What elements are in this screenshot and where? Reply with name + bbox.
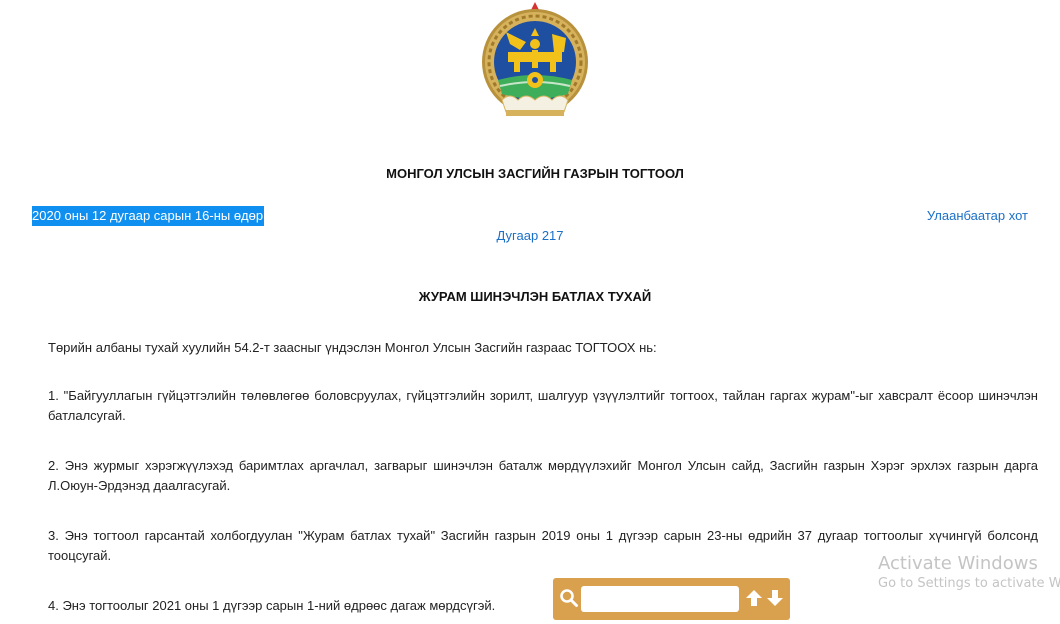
watermark-title: Activate Windows [878,553,1060,575]
activate-windows-watermark: Activate Windows Go to Settings to activ… [878,553,1060,593]
state-emblem [480,0,590,122]
emblem-icon [480,0,590,122]
intro-paragraph: Төрийн албаны тухай хуулийн 54.2-т заасн… [48,338,1038,358]
document-city: Улаанбаатар хот [927,208,1028,223]
document-title: МОНГОЛ УЛСЫН ЗАСГИЙН ГАЗРЫН ТОГТООЛ [0,166,1060,181]
arrow-up-icon[interactable] [745,588,763,608]
paragraph-4: 4. Энэ тогтоолыг 2021 оны 1 дүгээр сарын… [48,596,1038,616]
arrow-down-icon[interactable] [766,588,784,608]
paragraph-1: 1. "Байгууллагын гүйцэтгэлийн төлөвлөгөө… [48,386,1038,426]
search-icon[interactable] [559,588,579,608]
document-subtitle: ЖУРАМ ШИНЭЧЛЭН БАТЛАХ ТУХАЙ [0,289,1060,304]
find-in-page-bar [553,578,790,620]
find-input[interactable] [581,586,739,612]
watermark-subtitle: Go to Settings to activate Windows. [878,575,1060,593]
paragraph-2: 2. Энэ журмыг хэрэгжүүлэхэд баримтлах ар… [48,456,1038,496]
document-number: Дугаар 217 [0,228,1060,243]
document-date[interactable]: 2020 оны 12 дугаар сарын 16-ны өдөр [32,206,264,226]
